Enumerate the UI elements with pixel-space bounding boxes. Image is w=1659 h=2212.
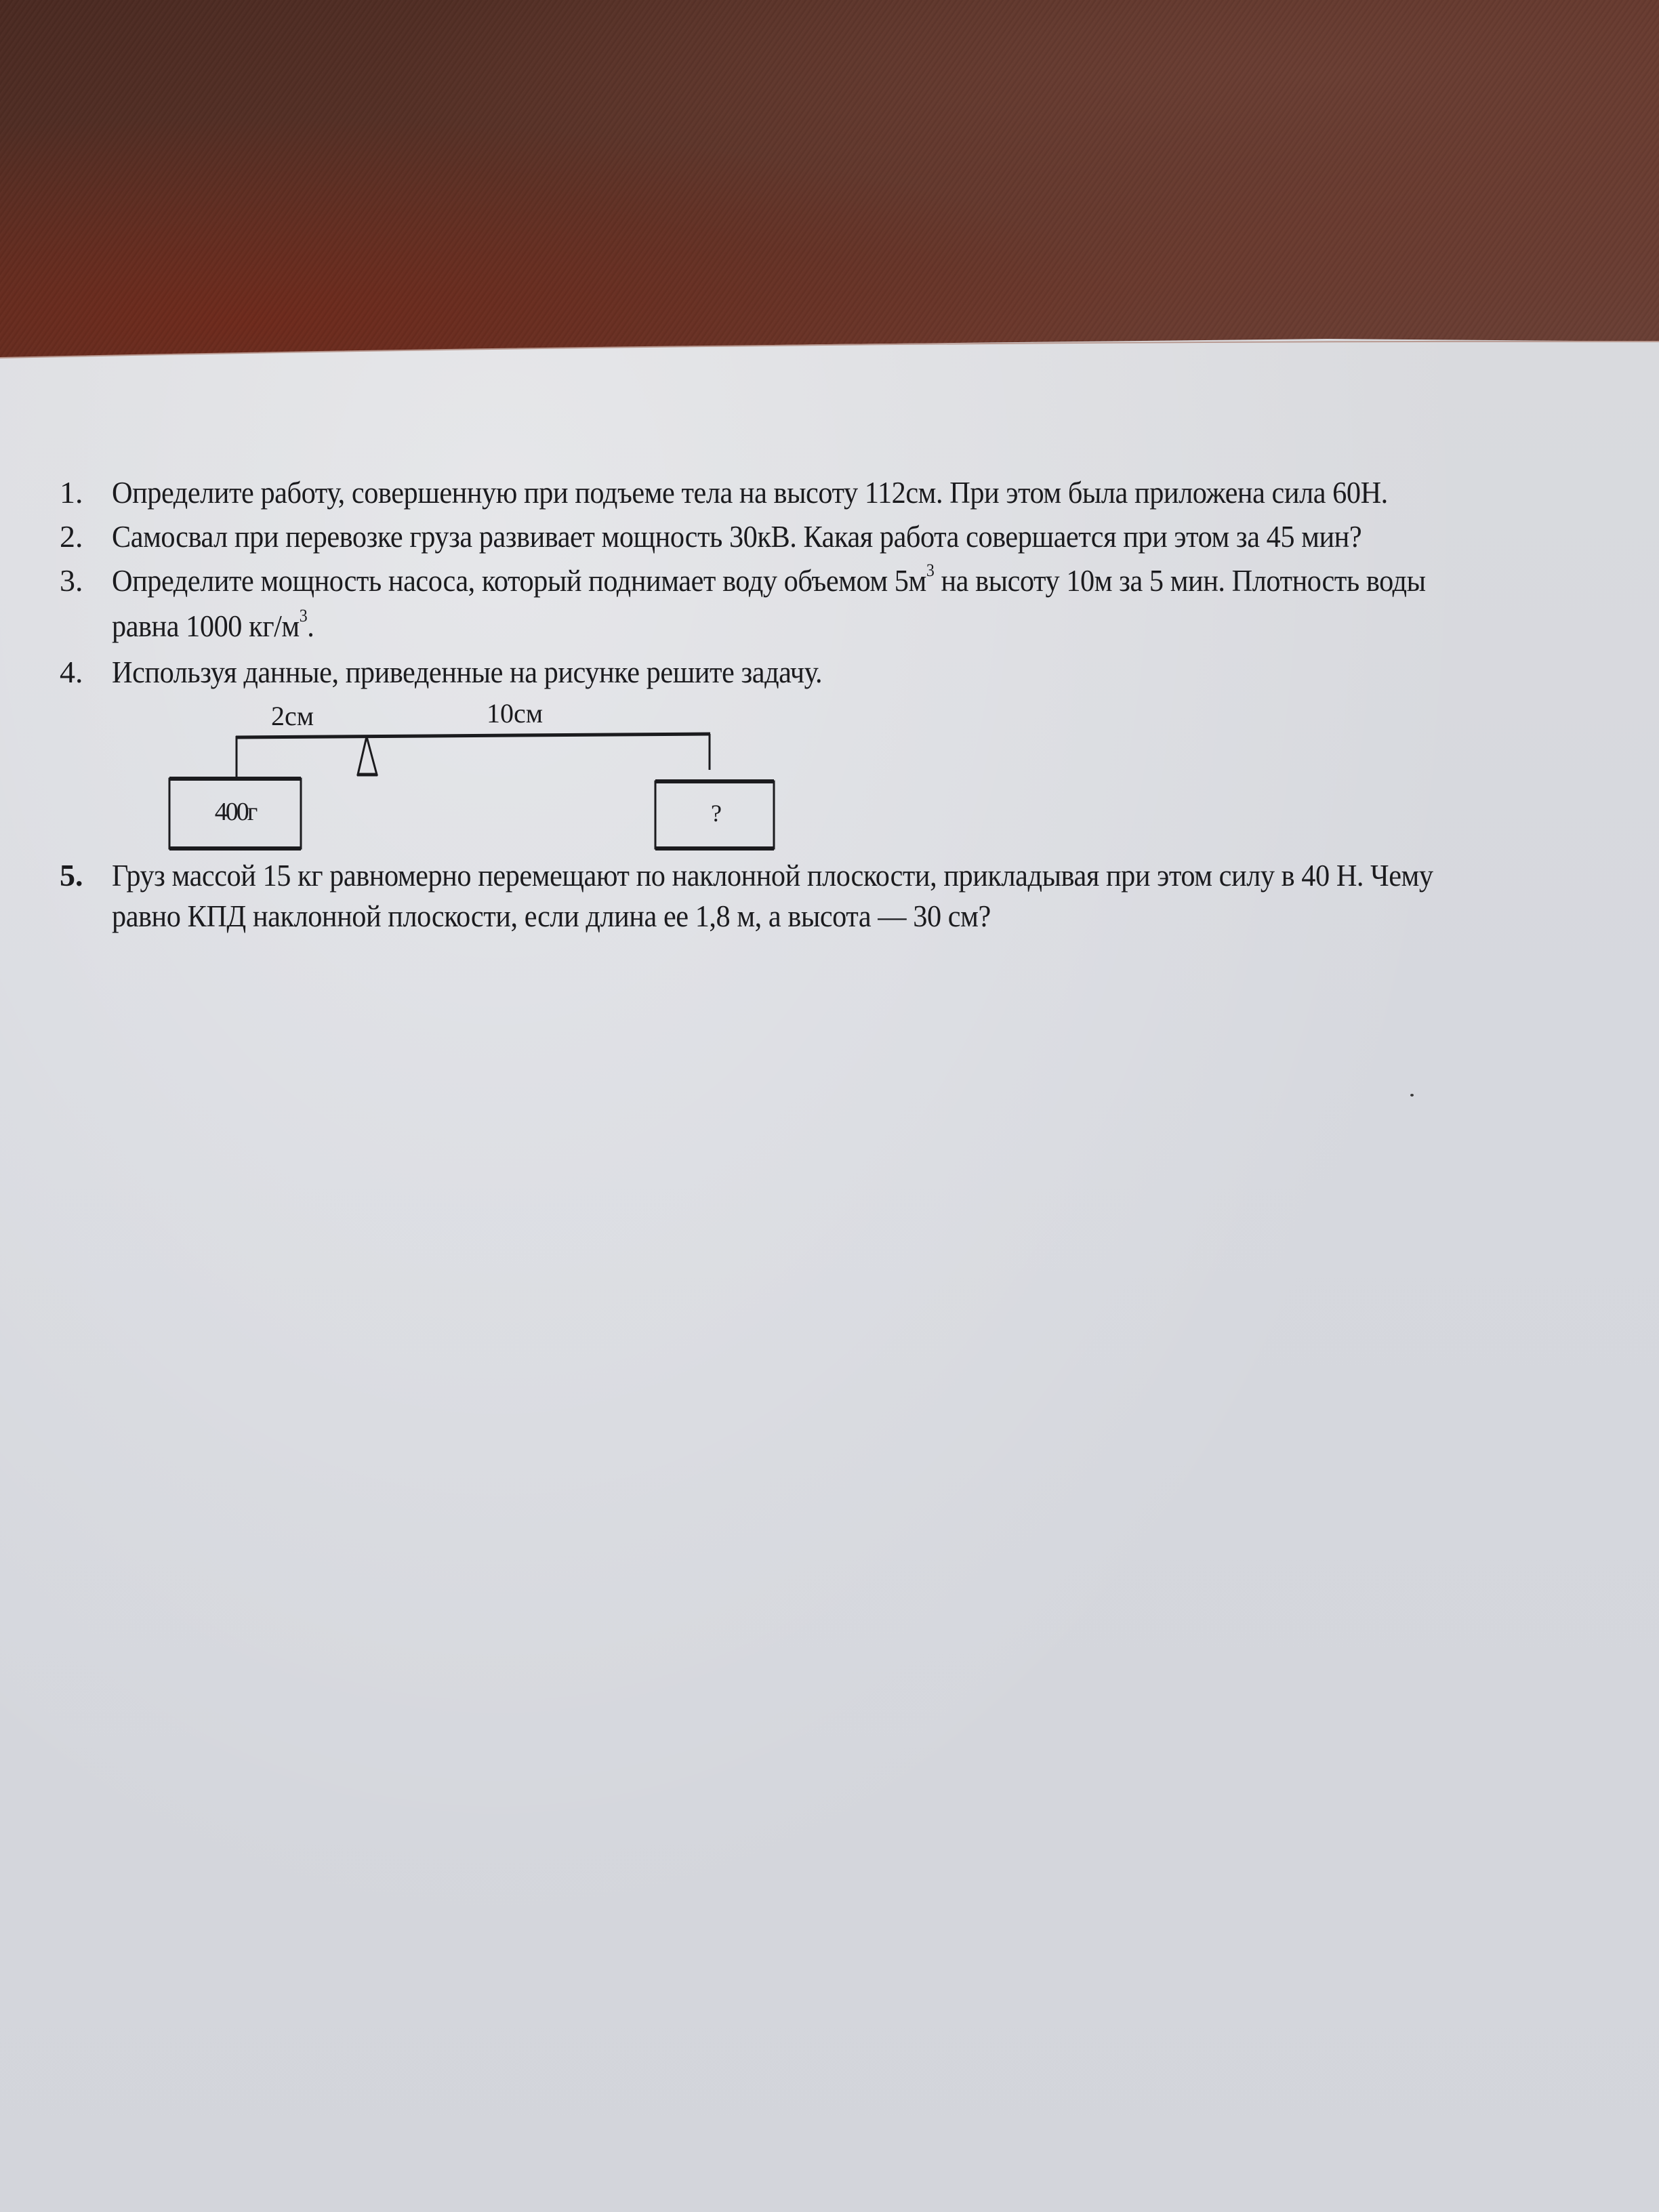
right-weight-label: ? (711, 800, 722, 827)
problem-3-text-part: равна 1000 кг/м (112, 609, 300, 643)
problem-2-number: 2. (60, 518, 83, 554)
problem-5-number: 5. (60, 857, 83, 893)
problem-1-number: 1. (60, 474, 83, 510)
problem-5-text-line-2: равно КПД наклонной плоскости, если длин… (112, 898, 991, 934)
problem-4-text: Используя данные, приведенные на рисунке… (112, 654, 822, 690)
problem-2-text: Самосвал при перевозке груза развивает м… (112, 518, 1361, 554)
problem-4-number: 4. (60, 654, 83, 690)
lever-diagram: 2см 10см 400г ? (0, 0, 1659, 2212)
paper-speck (1410, 1094, 1414, 1097)
right-arm-label: 10см (487, 698, 543, 729)
right-weight-box (655, 781, 774, 848)
problem-3-text-line-2: равна 1000 кг/м3. (112, 608, 314, 644)
superscript: 3 (300, 606, 308, 626)
left-arm-label: 2см (271, 701, 314, 731)
problem-1-text: Определите работу, совершенную при подъе… (112, 474, 1388, 510)
worksheet-content: 1. Определите работу, совершенную при по… (0, 0, 1659, 2212)
lever-beam (236, 734, 710, 737)
problem-5-text-line-1: Груз массой 15 кг равномерно перемещают … (112, 857, 1433, 893)
superscript: 3 (926, 560, 935, 580)
left-weight-label: 400г (215, 798, 258, 826)
fulcrum-triangle (358, 737, 377, 775)
problem-3-text-part: на высоту 10м за 5 мин. Плотность воды (934, 563, 1425, 598)
problem-3-text-part: Определите мощность насоса, который подн… (112, 563, 926, 598)
problem-3-number: 3. (60, 562, 83, 598)
left-weight-box (169, 779, 301, 848)
problem-3-text-part: . (307, 609, 314, 643)
problem-3-text-line-1: Определите мощность насоса, который подн… (112, 562, 1426, 598)
